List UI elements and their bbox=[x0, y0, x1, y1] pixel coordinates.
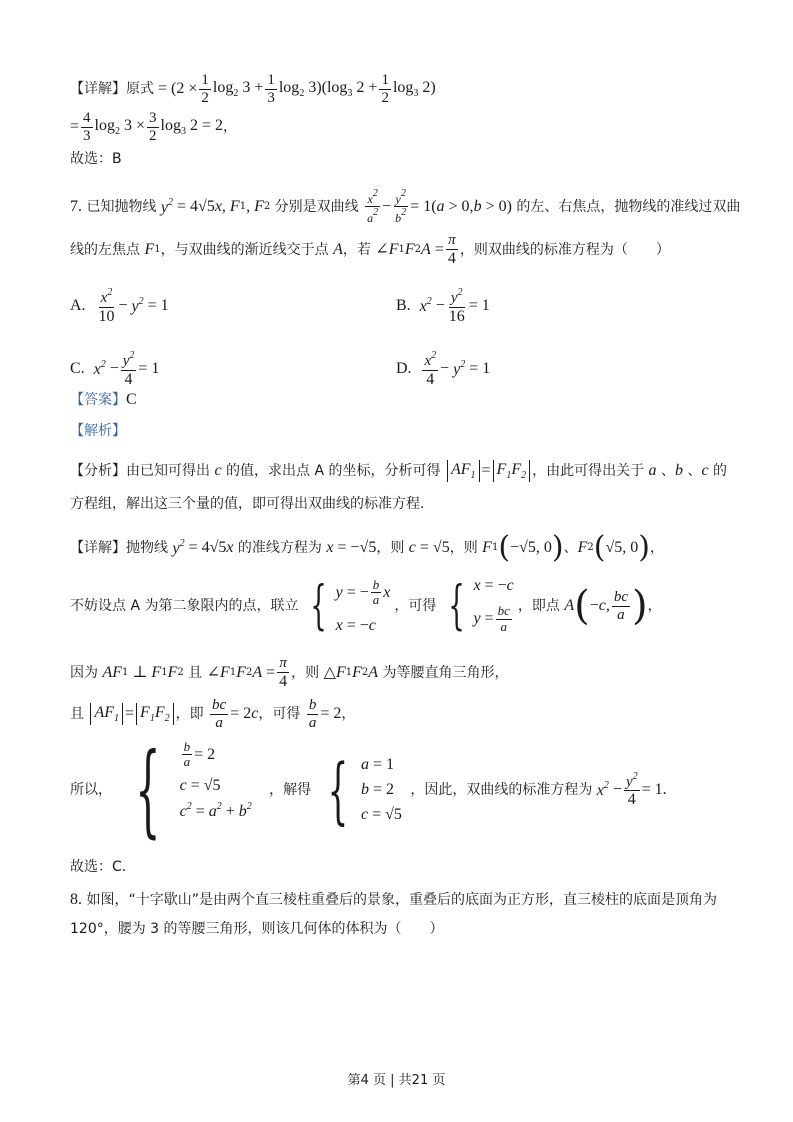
option-b[interactable]: B. x2 − y216 = 1 bbox=[396, 287, 490, 325]
page-footer: 第4 页 | 共21 页 bbox=[0, 1069, 793, 1088]
detail-line3: 因为 AF1 ⊥ F1F2 且 ∠F1F2A = π4 ，则 △F1F2A 为等… bbox=[70, 655, 508, 690]
detail-line1: 【详解】抛物线 y2 = 4√5x 的准线方程为 x = −√5 ，则 c = … bbox=[70, 533, 664, 563]
equation-system: { ba= 2 c = √5 c2 = a2 + b2 bbox=[116, 740, 252, 840]
analysis-line: 【解析】 bbox=[70, 424, 126, 438]
detail-line5: 所以， { ba= 2 c = √5 c2 = a2 + b2 ，解得 { a … bbox=[70, 735, 667, 845]
fraction: 12 bbox=[379, 72, 391, 106]
option-letter: D. bbox=[396, 361, 412, 377]
q6-choice: 故选：B bbox=[70, 152, 122, 166]
option-c[interactable]: C. x2 − y24 = 1 bbox=[70, 350, 159, 388]
equation-system: { y = −bax x = −c bbox=[302, 578, 390, 634]
option-letter: B. bbox=[396, 298, 411, 314]
fraction: 32 bbox=[147, 110, 159, 144]
option-a[interactable]: A. x210 − y2 = 1 bbox=[70, 287, 169, 325]
detail-label: 【详解】原式 bbox=[70, 82, 154, 96]
fenxi-line1: 【分析】由已知可得出 c 的值，求出点 A 的坐标，分析可得 AF1=F1F2 … bbox=[70, 460, 727, 482]
q8-line2: 120°，腰为 3 的等腰三角形，则该几何体的体积为（ ） bbox=[70, 922, 444, 936]
question-number: 7. bbox=[70, 199, 82, 215]
q8-line1: 8. 如图，“十字歇山”是由两个直三棱柱重叠后的景象，重叠后的底面为正方形，直三… bbox=[70, 892, 717, 908]
answer-label: 【答案】 bbox=[70, 393, 126, 407]
q7-stem-line1: 7. 已知抛物线 y2 = 4√5x, F1, F2 分别是双曲线 x2a2 −… bbox=[70, 188, 740, 225]
fraction: 43 bbox=[81, 110, 93, 144]
equation-system: { x = −c y =bca bbox=[440, 578, 514, 634]
answer-value: C bbox=[126, 392, 137, 408]
detail-line2: 不妨设点 A 为第二象限内的点，联立 { y = −bax x = −c ，可得… bbox=[70, 578, 662, 634]
analysis-label: 【解析】 bbox=[70, 424, 126, 438]
option-letter: C. bbox=[70, 361, 85, 377]
fenxi-line2: 方程组，解出这三个量的值，即可得出双曲线的标准方程. bbox=[70, 497, 424, 511]
equation-system: { a = 1 b = 2 c = √5 bbox=[315, 754, 402, 826]
option-d[interactable]: D. x24 − y2 = 1 bbox=[396, 350, 490, 388]
q7-stem-line2: 线的左焦点 F1 ，与双曲线的渐近线交于点 A ，若 ∠F1F2A = π4 ，… bbox=[70, 232, 670, 267]
question-number: 8. bbox=[70, 892, 82, 908]
q6-detail-line1: 【详解】原式 = (2 × 12 log2 3 + 13 log2 3)(log… bbox=[70, 72, 436, 106]
q7-choice: 故选：C. bbox=[70, 860, 126, 874]
fraction: 12 bbox=[199, 72, 211, 106]
option-letter: A. bbox=[70, 298, 86, 314]
detail-line4: 且 AF1=F1F2 ，即 bca = 2c ，可得 ba = 2， bbox=[70, 697, 355, 731]
q6-detail-line2: = 43 log2 3 × 32 log3 2 = 2， bbox=[70, 110, 237, 144]
answer-line: 【答案】 C bbox=[70, 392, 137, 408]
fraction: 13 bbox=[265, 72, 277, 106]
